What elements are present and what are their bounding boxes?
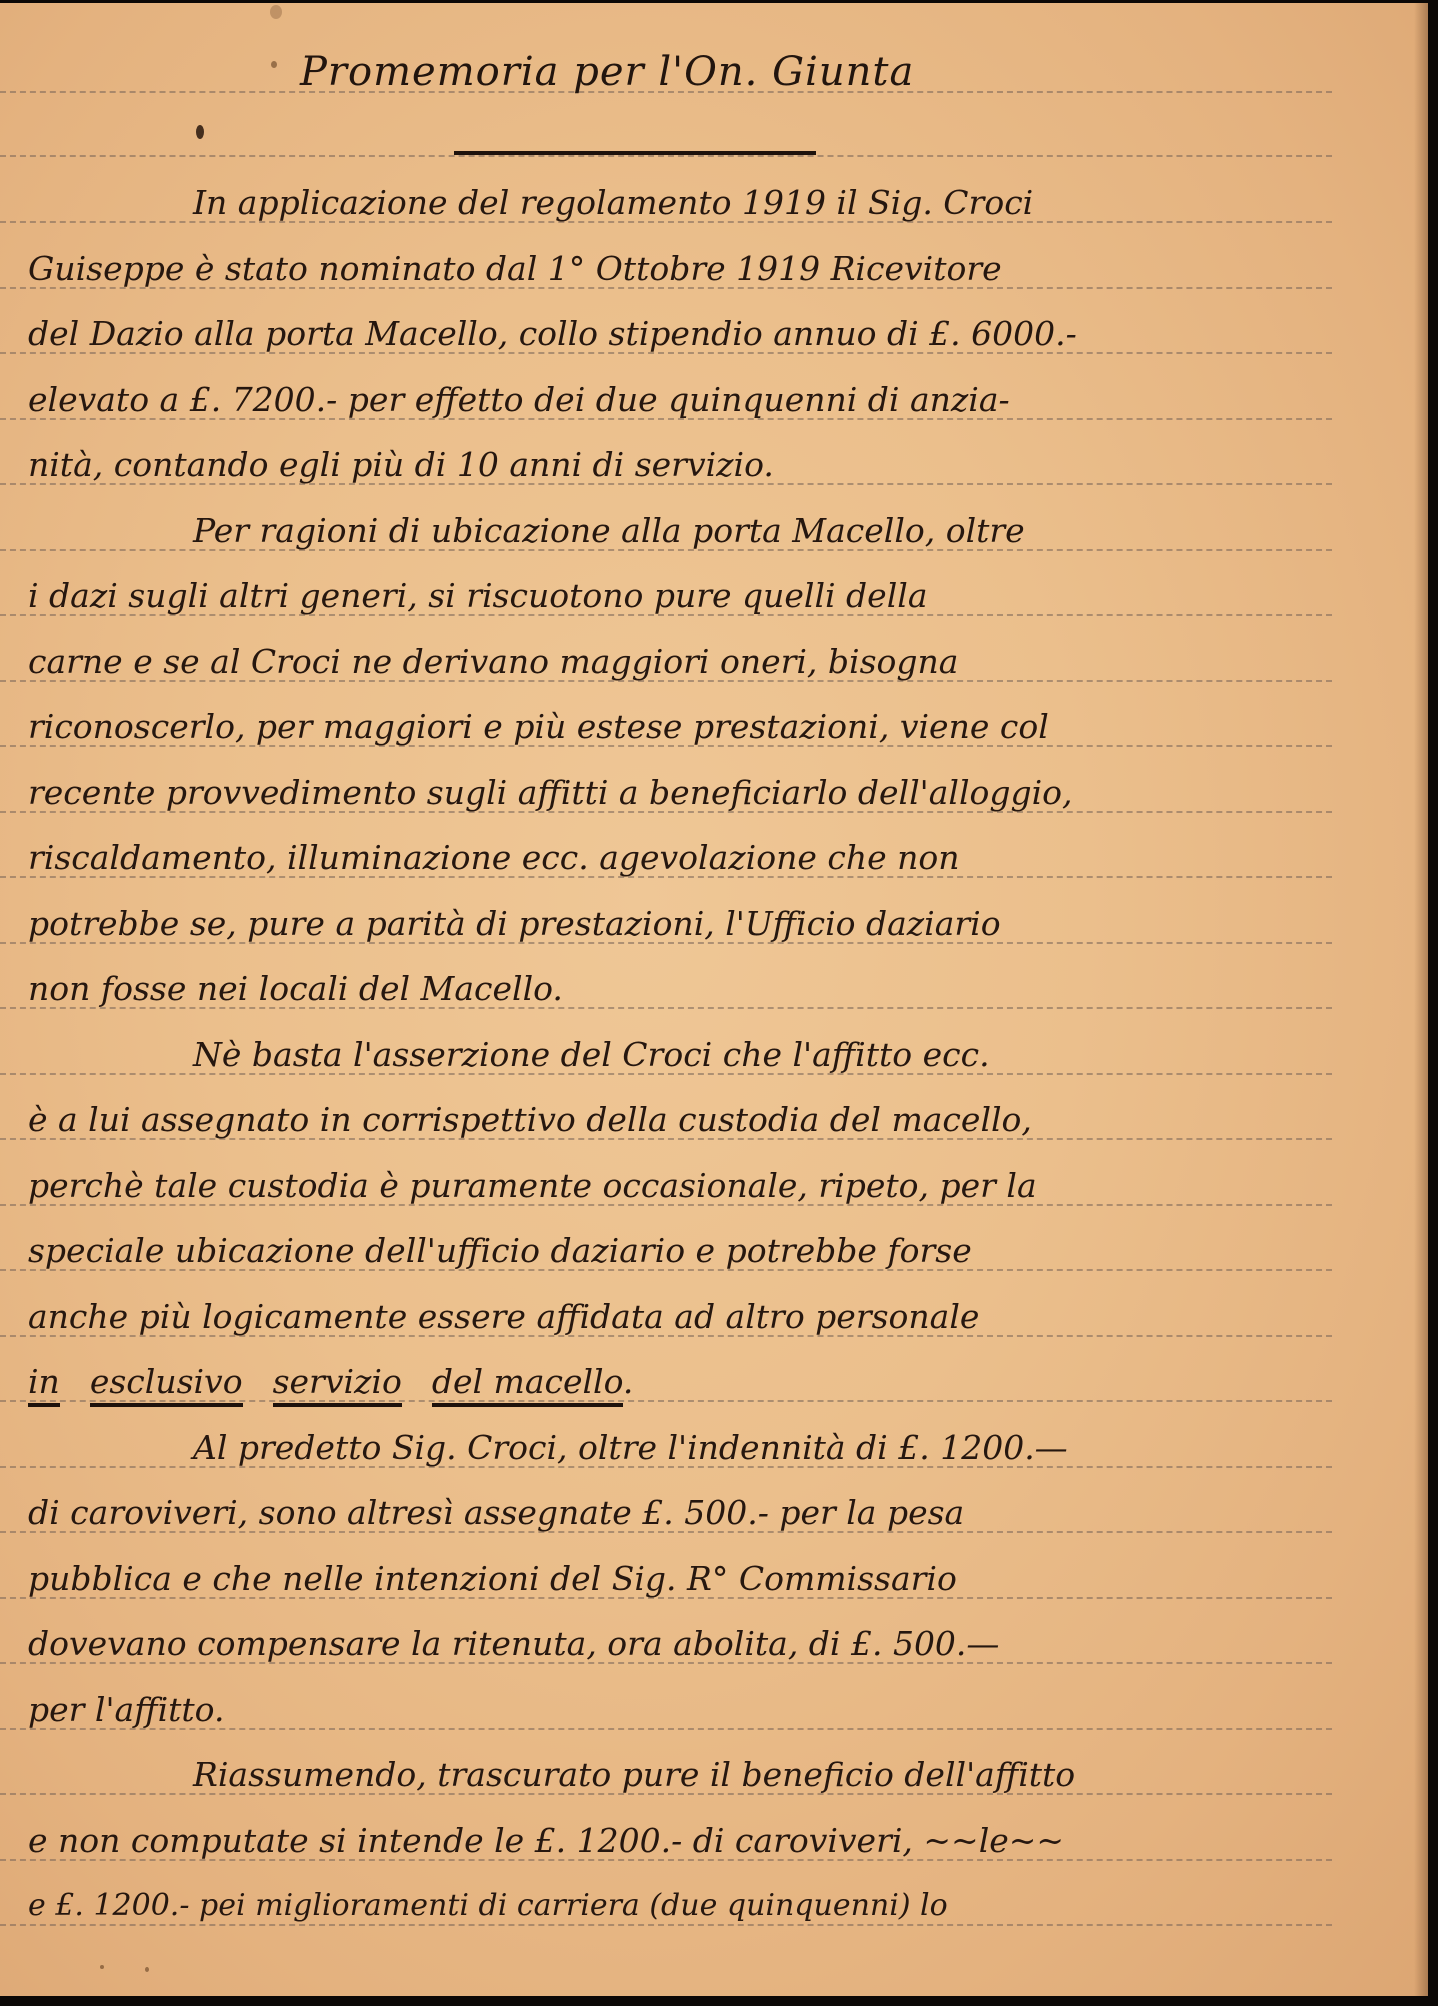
document-title: Promemoria per l'On. Giunta — [300, 49, 914, 95]
underlined-word: esclusivo — [90, 1362, 243, 1407]
title-underline — [454, 151, 816, 155]
underlined-word: servizio — [273, 1362, 402, 1407]
text-line: recente provvedimento sugli affitti a be… — [28, 771, 1358, 815]
underlined-line: inesclusivoserviziodel macello. — [28, 1360, 1358, 1404]
underlined-word: in — [28, 1362, 60, 1407]
text-line: elevato a £. 7200.- per effetto dei due … — [28, 378, 1358, 422]
text-line: nità, contando egli più di 10 anni di se… — [28, 443, 1358, 487]
text-line: speciale ubicazione dell'ufficio daziari… — [28, 1229, 1358, 1273]
text-line: dovevano compensare la ritenuta, ora abo… — [28, 1622, 1358, 1666]
text-line: perchè tale custodia è puramente occasio… — [28, 1164, 1358, 1208]
text-line: anche più logicamente essere affidata ad… — [28, 1295, 1358, 1339]
ink-stain — [270, 5, 282, 19]
text-line: Al predetto Sig. Croci, oltre l'indennit… — [28, 1426, 1358, 1470]
ink-speck — [271, 61, 277, 68]
text-line: del Dazio alla porta Macello, collo stip… — [28, 312, 1358, 356]
text-line: pubblica e che nelle intenzioni del Sig.… — [28, 1557, 1358, 1601]
text-line: potrebbe se, pure a parità di prestazion… — [28, 902, 1358, 946]
text-line: per l'affitto. — [28, 1688, 1358, 1732]
ink-speck — [196, 125, 204, 139]
page-edge-shadow — [1414, 3, 1428, 1996]
text-line: Nè basta l'asserzione del Croci che l'af… — [28, 1033, 1358, 1077]
document-page: Promemoria per l'On. Giunta In applicazi… — [0, 3, 1428, 1996]
text-line: e non computate si intende le £. 1200.- … — [28, 1819, 1358, 1863]
text-line: i dazi sugli altri generi, si riscuotono… — [28, 574, 1358, 618]
ruled-line — [0, 155, 1332, 157]
text-line: è a lui assegnato in corrispettivo della… — [28, 1098, 1358, 1142]
text-line: Riassumendo, trascurato pure il benefici… — [28, 1753, 1358, 1797]
text-line: di caroviveri, sono altresì assegnate £.… — [28, 1491, 1358, 1535]
period: . — [623, 1362, 634, 1401]
ink-speck — [145, 1967, 149, 1972]
text-line: riconoscerlo, per maggiori e più estese … — [28, 705, 1358, 749]
text-line: Guiseppe è stato nominato dal 1° Ottobre… — [28, 247, 1358, 291]
ink-speck — [100, 1965, 104, 1969]
text-line: riscaldamento, illuminazione ecc. agevol… — [28, 836, 1358, 880]
text-line: carne e se al Croci ne derivano maggiori… — [28, 640, 1358, 684]
text-line: In applicazione del regolamento 1919 il … — [28, 181, 1358, 225]
text-line: Per ragioni di ubicazione alla porta Mac… — [28, 509, 1358, 553]
text-line: non fosse nei locali del Macello. — [28, 967, 1358, 1011]
underlined-word: del macello — [432, 1362, 623, 1407]
text-line: e £. 1200.- pei miglioramenti di carrier… — [28, 1884, 1358, 1928]
